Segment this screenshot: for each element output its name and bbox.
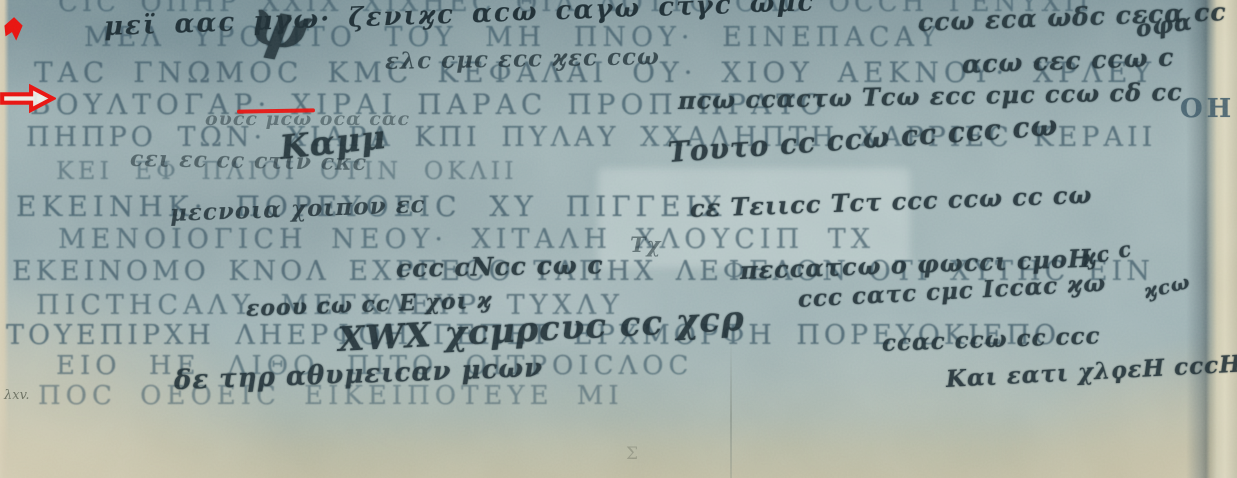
margin-note: λxv.	[4, 388, 30, 403]
image-seam-line	[730, 340, 732, 478]
overtext-scrawl: ελϲ ϲμϲ εϲϲ ϗεϲ ϲϲω	[385, 43, 660, 75]
red-arrow-right-icon	[0, 83, 56, 118]
manuscript-page: ϹΙϹ ΟΠΗΡ ΧΧΙΧ ΧΙΧΗΕϹ ΘΙΛ ΛΟΤΤΟ ΟΛΟ ΟϹϹΗ …	[0, 0, 1237, 478]
red-marker-icon	[2, 16, 24, 50]
undertext-line-end: ΟΗ·	[1180, 94, 1237, 124]
undertext-line: ΜΕΝΟΙΟΓΙϹΗ ΝΕΟΥ· ΧΙΤΑΛΗ ΧΛΟΥϹΙΠ ΤΧ	[58, 224, 875, 255]
overtext-scrawl: ϲϲϲ ϲΝϲϲ ϲω ϲ	[396, 250, 604, 283]
overtext-scrawl: Τχ	[630, 232, 661, 257]
quire-mark: Σ	[626, 444, 638, 464]
